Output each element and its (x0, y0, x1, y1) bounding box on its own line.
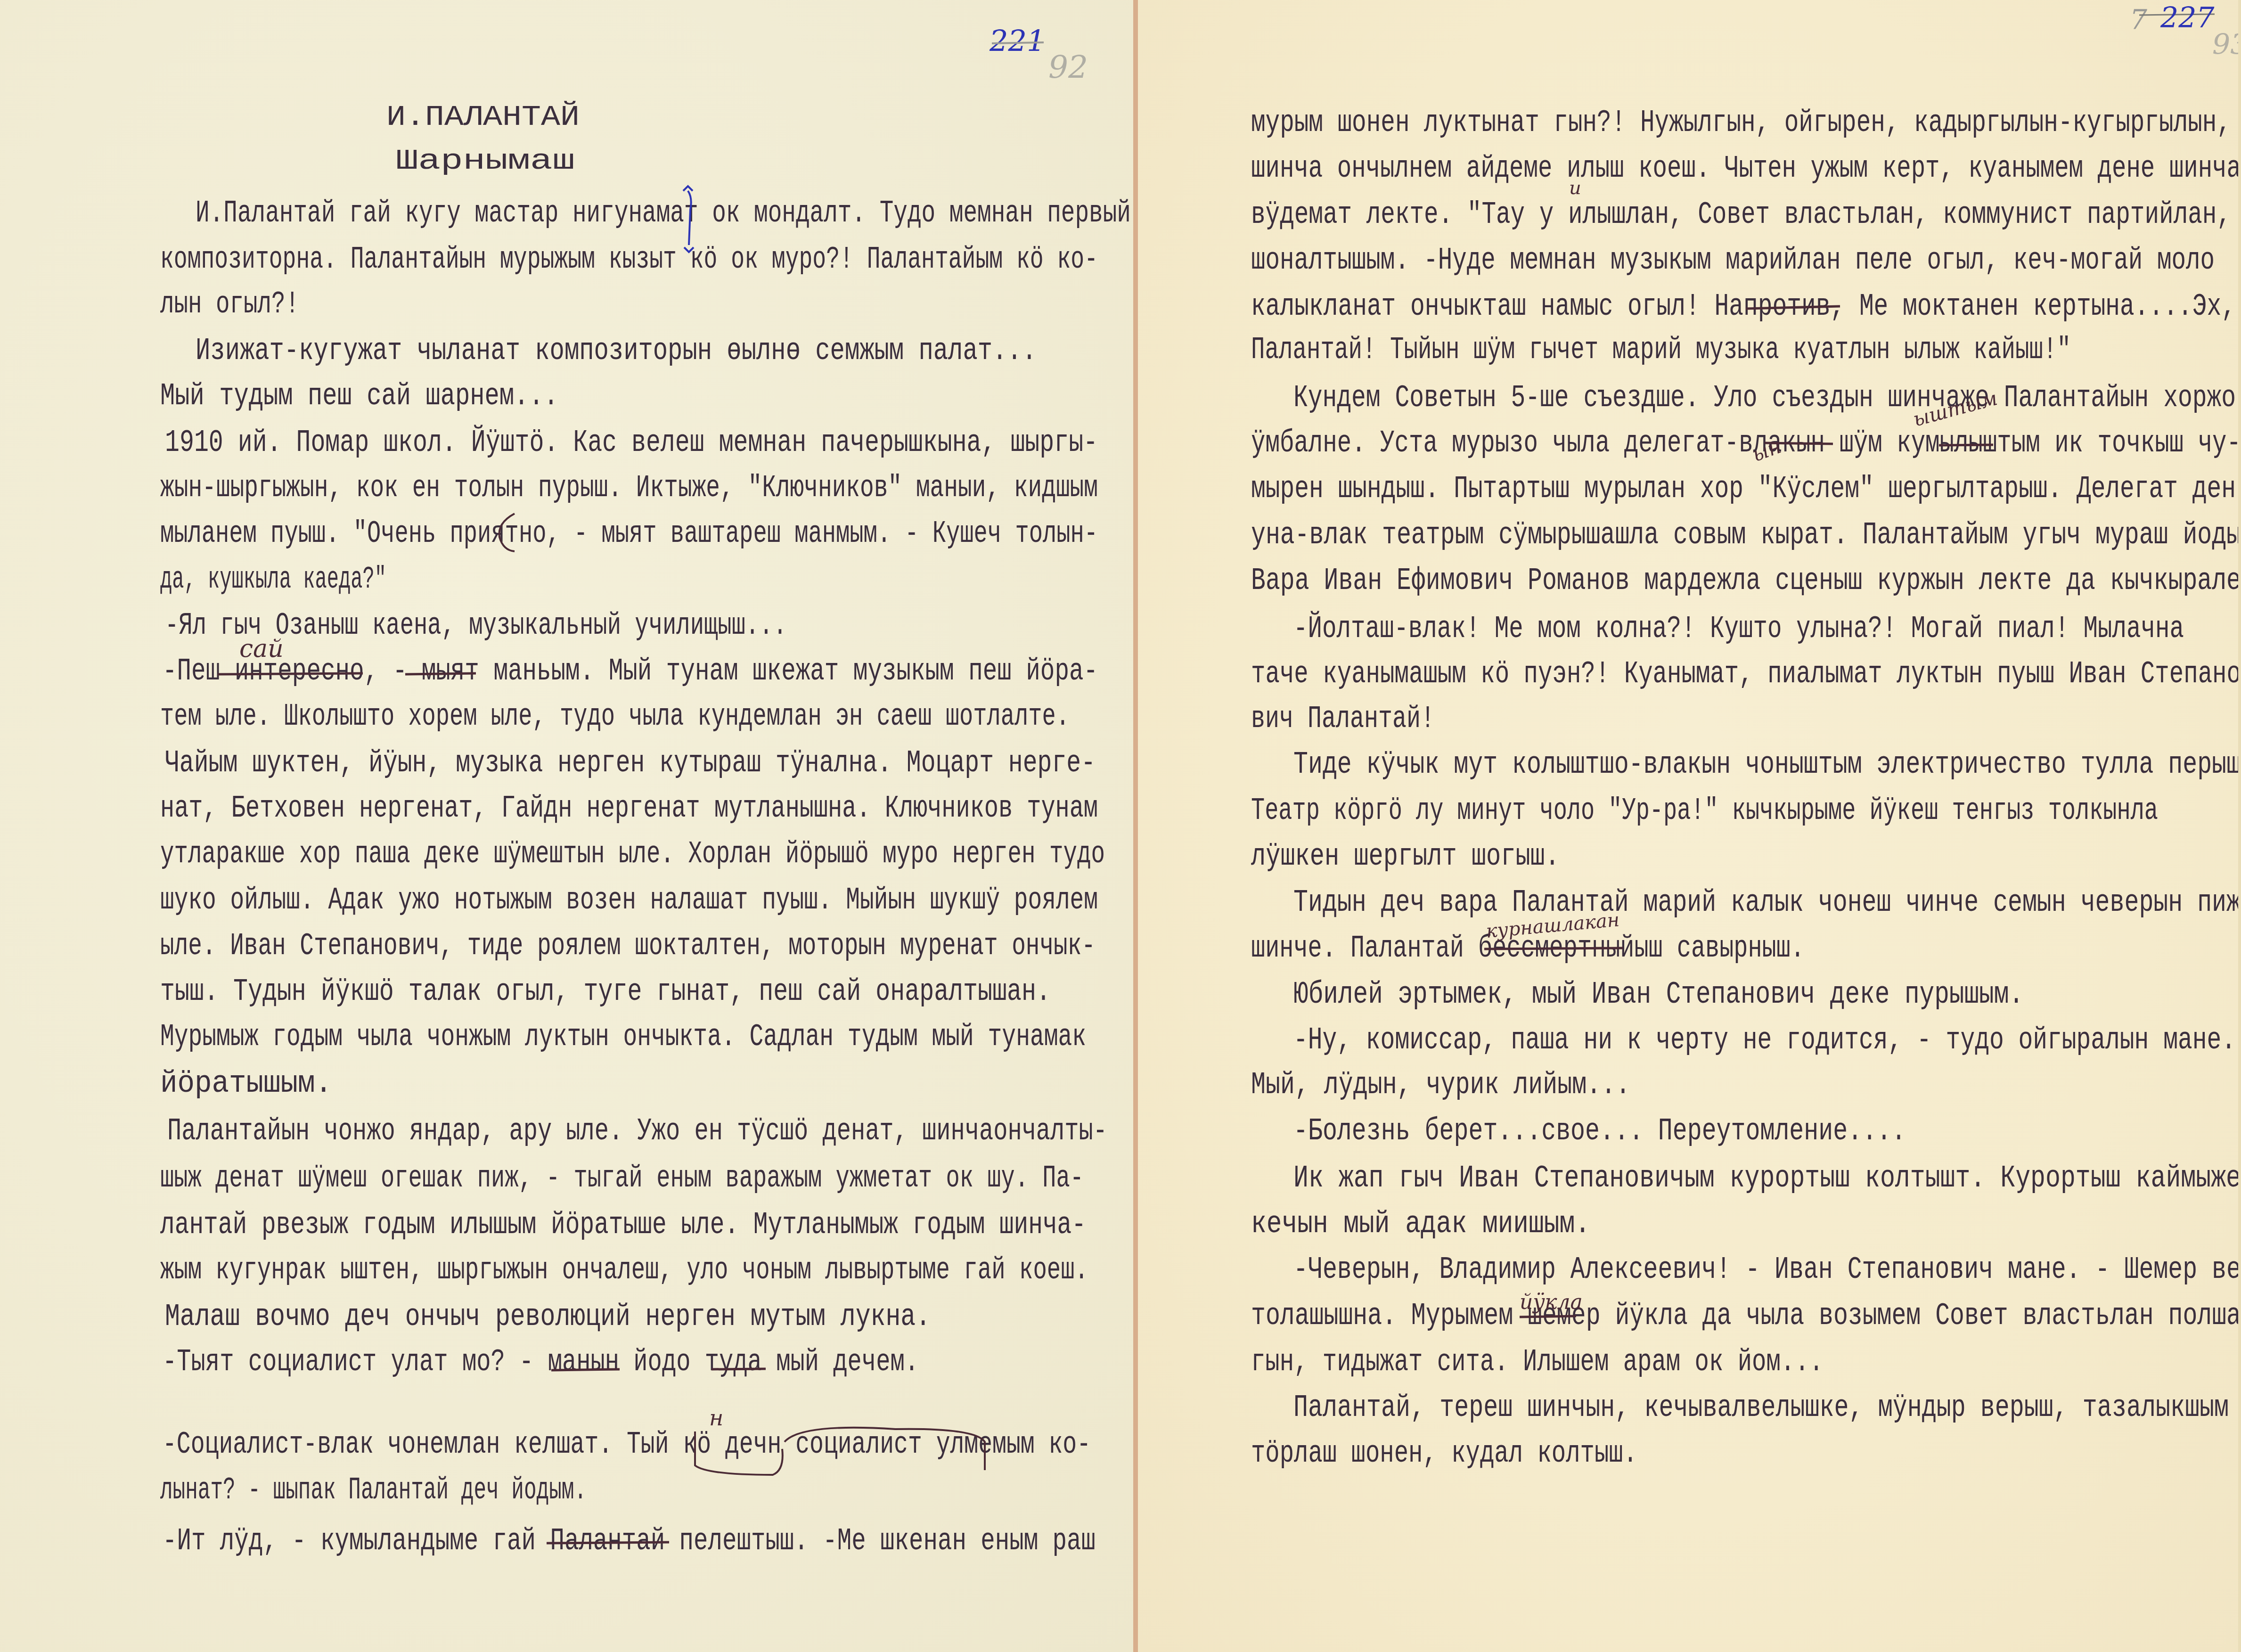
text-line: И.Палантай гай кугу мастар нигунамат ок … (196, 196, 1131, 231)
strike-myyat (405, 673, 476, 674)
text-line: гын, тидыжат сита. Илышем арам ок йом... (1251, 1344, 1824, 1380)
correction-insert-yukla: йÿкла (1520, 1290, 1583, 1314)
text-line: калыкланат ончыкташ намыс огыл! Напротив… (1251, 289, 2236, 324)
text-line: нат, Бетховен нергенат, Гайдн нергенат м… (160, 791, 1098, 826)
strike-vlakyn (1765, 443, 1833, 444)
text-line: Тиде кÿчык мут колыштшо-влакын чонышт­ым… (1293, 747, 2241, 782)
text-line: -Чеверын, Владимир Алексеевич! - Иван Ст… (1293, 1252, 2241, 1287)
right-page-text: 7 227 93 мурым шонен луктынат гын?! Нужы… (1138, 0, 2241, 1652)
text-line: Ик жап гыч Иван Степановичым курортыш ко… (1293, 1161, 2241, 1196)
text-line: кечын мый адак миишым. (1251, 1206, 1590, 1242)
page-edge (2238, 0, 2241, 1652)
text-line: утларакше хор паша деке шÿмештын ыле. Хо… (160, 836, 1105, 872)
text-line: вич Палантай! (1251, 701, 1435, 736)
text-line: тем ыле. Школышто хорем ыле, тудо чыла к… (160, 699, 1070, 734)
text-line: Театр кöргö лу минут чоло "Ур-ра!" кычкы… (1251, 793, 2158, 828)
folio-pencil-number: 92 (1048, 49, 1088, 85)
text-line: вÿдемат лекте. "Тау у илышлан, Совет вла… (1251, 197, 2231, 232)
text-line: -Пеш интересно, - мыят маньым. Мый тунам… (163, 654, 1098, 689)
text-line: Мый, лÿдын, чурик лийым... (1251, 1067, 1630, 1103)
text-line: тöрлаш шонен, кудал колтыш. (1251, 1436, 1637, 1471)
text-line: жым кугунрак ыштен, шыргыжын ончалеш, ул… (160, 1252, 1088, 1288)
text-line: шинча ончылнем айдеме илыш коеш. Чытен у… (1251, 151, 2241, 186)
text-line: шыж денат шÿмеш огешак пиж, - тыгай еным… (160, 1161, 1084, 1196)
folio-pencil-prefix: 7 (2130, 4, 2147, 36)
manuscript-spread: 221 92 И.ПАЛАНТАЙ Шарнымаш И.Палантай га… (0, 0, 2241, 1652)
text-line: Палантай, тереш шинчын, кечывалвелышке, … (1293, 1390, 2229, 1425)
strike-tuda (712, 1369, 766, 1369)
text-line: шоналтышым. -Нуде мемнан музыкым марийла… (1251, 243, 2215, 278)
folio-pencil-number: 93 (2212, 28, 2241, 61)
text-line: Вара Иван Ефимович Романов мардежла сцен… (1251, 563, 2241, 598)
document-title: И.ПАЛАНТАЙ (386, 100, 580, 134)
document-subtitle: Шарнымаш (396, 144, 575, 178)
text-line: шуко ойлыш. Адак ужо нотыжым возен налаш… (160, 883, 1098, 918)
text-line: лынат? - шыпак Палантай деч йодым. (160, 1472, 587, 1508)
text-line: Кундем Советын 5-ше съездше. Уло съездын… (1293, 380, 2236, 416)
left-page: 221 92 И.ПАЛАНТАЙ Шарнымаш И.Палантай га… (0, 0, 1133, 1652)
text-line: уна-влак театрым сÿмырышашла совым кырат… (1251, 517, 2241, 553)
correction-insert-i: и (1569, 177, 1581, 199)
left-page-text: 221 92 И.ПАЛАНТАЙ Шарнымаш И.Палантай га… (0, 0, 1133, 1652)
folio-ink-number: 227 (2160, 1, 2215, 34)
text-line: Малаш вочмо деч ончыч революций нерген м… (165, 1299, 931, 1334)
text-line: -Йолташ-влак! Ме мом колна?! Кушто улына… (1293, 611, 2184, 646)
text-line: Мурымыж годым чыла чонжым луктын ончыкта… (160, 1019, 1086, 1055)
strike-manyn (551, 1369, 620, 1370)
text-line: Чайым шуктен, йÿын, музыка нерген кутыра… (165, 745, 1096, 781)
text-line: мыланем пуыш. "Очень приятно, - мыят ваш… (160, 516, 1098, 551)
text-line: -Социалист-влак чонемлан келшат. Тый кö … (163, 1427, 1091, 1462)
text-line: -Ну, комиссар, паша ни к черту не годитс… (1293, 1022, 2236, 1058)
text-line: жын-шыргыжын, кок ен толын пурыш. Иктыже… (160, 470, 1098, 506)
text-line: Палантайын чонжо яндар, ару ыле. Ужо ен … (167, 1113, 1107, 1149)
text-line: -Болезнь берет...свое... Переутомление..… (1293, 1113, 1906, 1149)
text-line: -Ит лÿд, - кумыландыме гай Палантай пеле… (163, 1523, 1096, 1559)
text-line: толашышна. Мурымем шемер йÿкла да чыла в… (1251, 1298, 2241, 1333)
strike-interesno (218, 673, 363, 674)
correction-insert-sai: сай (239, 635, 284, 663)
folio-ink-number: 221 (989, 24, 1045, 58)
text-line: мырен шындыш. Пытартыш мурылан хор "Кÿсл… (1251, 471, 2236, 507)
text-line: мурым шонен луктынат гын?! Нужылгын, ойг… (1251, 105, 2231, 140)
text-line: 1910 ий. Помар школ. Йÿштö. Кас велеш ме… (165, 425, 1098, 460)
text-line: лÿшкен шергылт шогыш. (1251, 839, 1560, 874)
correction-insert-n: н (709, 1405, 723, 1431)
folio-cancel-line (992, 42, 1044, 43)
text-line: тыш. Тудын йÿкшö талак огыл, туге гынат,… (160, 974, 1051, 1009)
text-line: композиторна. Палантайын мурыжым кызыт к… (160, 242, 1098, 277)
text-line: Тидын деч вара Палантай марий калык чоне… (1293, 885, 2241, 920)
text-line: ыле. Иван Степанович, тиде роялем шоктал… (160, 928, 1096, 964)
text-line: Изижат-кугужат чыланат композиторын өылн… (196, 333, 1037, 368)
strike-shiila (1520, 1316, 1576, 1317)
text-line: да, кушкыла каеда?" (160, 562, 386, 597)
text-line: -Тыят социалист улат мо? - манын йодо ту… (163, 1344, 919, 1380)
text-line: лантай рвезыж годым илышым йöратыше ыле.… (160, 1207, 1086, 1243)
text-line: йöратышым. (160, 1066, 332, 1101)
text-line: таче куанымашым кö пуэн?! Куанымат, пиал… (1251, 656, 2241, 692)
text-line: Мый тудым пеш сай шарнем... (160, 378, 558, 414)
right-page: 7 227 93 мурым шонен луктынат гын?! Нужы… (1138, 0, 2241, 1652)
strike-bessmertnyi (1484, 948, 1623, 949)
page-divider (1133, 0, 1138, 1652)
text-line: Юбилей эртымек, мый Иван Степанович деке… (1293, 977, 2024, 1012)
text-line: лын огыл?! (160, 286, 299, 322)
strike-shtyn (1939, 445, 1993, 445)
text-line: ÿмбалне. Уста мурызо чыла делегат-влакын… (1251, 425, 2241, 461)
text-line: Палантай! Тыйын шÿм гычет марий музыка к… (1251, 332, 2071, 368)
strike-palantai (547, 1542, 669, 1543)
